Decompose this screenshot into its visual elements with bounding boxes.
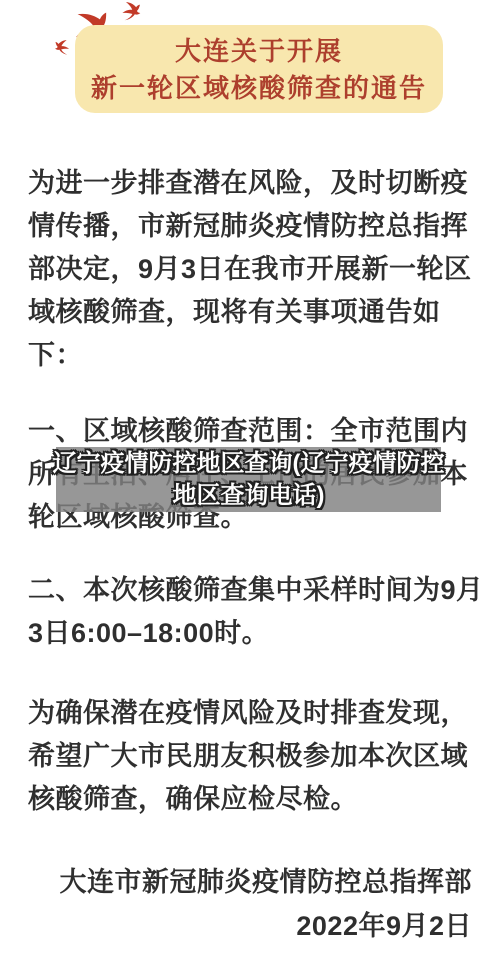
text-line: 核酸筛查，确保应检尽检。 [28, 778, 474, 821]
text-line: 3日6:00–18:00时。 [28, 612, 474, 655]
paragraph-intro: 为进一步排查潜在风险，及时切断疫 情传播，市新冠肺炎疫情防控总指挥 部决定，9月… [28, 162, 474, 377]
watermark-text-line2: 地区查询电话) [173, 480, 325, 512]
watermark-overlay: 辽宁疫情防控地区查询(辽宁疫情防控 地区查询电话) [56, 447, 441, 512]
text-line: 二、本次核酸筛查集中采样时间为9月 [28, 569, 474, 612]
signature-block: 大连市新冠肺炎疫情防控总指挥部 2022年9月2日 [28, 860, 472, 948]
notice-title-box: 大连关于开展 新一轮区域核酸筛查的通告 [75, 25, 443, 113]
text-line: 下： [28, 334, 474, 377]
text-line: 为进一步排查潜在风险，及时切断疫 [28, 162, 474, 205]
signature-date: 2022年9月2日 [28, 904, 472, 948]
paragraph-appeal: 为确保潜在疫情风险及时排查发现， 希望广大市民朋友积极参加本次区域 核酸筛查，确… [28, 692, 474, 821]
flying-bird-icon [52, 39, 73, 55]
signature-issuer: 大连市新冠肺炎疫情防控总指挥部 [28, 860, 472, 904]
notice-title-line2: 新一轮区域核酸筛查的通告 [91, 71, 427, 105]
text-line: 希望广大市民朋友积极参加本次区域 [28, 735, 474, 778]
text-line: 为确保潜在疫情风险及时排查发现， [28, 692, 474, 735]
flying-bird-icon [119, 1, 144, 22]
text-line: 域核酸筛查，现将有关事项通告如 [28, 291, 474, 334]
notice-image: 大连关于开展 新一轮区域核酸筛查的通告 为进一步排查潜在风险，及时切断疫 情传播… [0, 0, 500, 959]
notice-title-line1: 大连关于开展 [175, 34, 343, 68]
paragraph-sampling-time: 二、本次核酸筛查集中采样时间为9月 3日6:00–18:00时。 [28, 569, 474, 655]
text-line: 部决定，9月3日在我市开展新一轮区 [28, 248, 474, 291]
text-line: 情传播，市新冠肺炎疫情防控总指挥 [28, 205, 474, 248]
watermark-text-line1: 辽宁疫情防控地区查询(辽宁疫情防控 [53, 448, 445, 480]
